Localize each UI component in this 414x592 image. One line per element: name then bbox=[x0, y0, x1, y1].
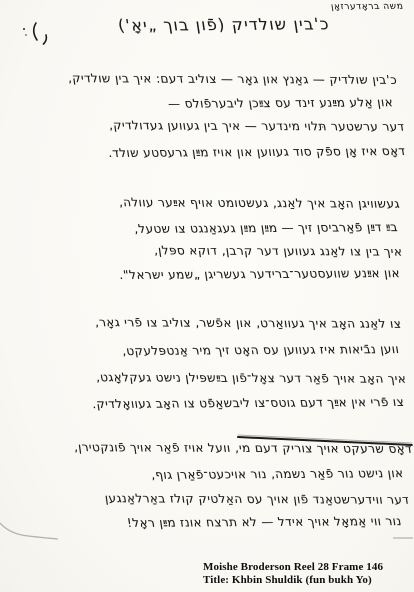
handwritten-line: צו פֿרי אין אײַך דעם גוטס־צו ליבשאַפֿט צ… bbox=[91, 395, 405, 412]
fold-line bbox=[0, 518, 60, 544]
handwritten-line: ווען נבֿיאות איז געווען עס האָט זיך מיר … bbox=[121, 342, 400, 359]
handwritten-line: דער ווידערשטאַנד פֿון אויך עס האַלטיק קו… bbox=[104, 491, 410, 508]
author-signature: משה בראָדערזאָן bbox=[331, 2, 405, 13]
ink-speck-marks bbox=[20, 20, 62, 52]
handwritten-line: און אײַנע שוועסטער־ברידער געשריגן „שמע י… bbox=[118, 266, 401, 283]
handwritten-line: כ'בין שולדיק — גאַנץ און גאָר — צוליב דע… bbox=[67, 71, 398, 88]
handwritten-line: געשוויגן האָב איך לאַנג, געשטומט אויף אײ… bbox=[118, 195, 401, 211]
archive-caption: Moishe Broderson Reel 28 Frame 146 Title… bbox=[203, 561, 383, 586]
poem-title: כ'בין שולדיק (פֿון בוך „יאָ') bbox=[117, 14, 331, 34]
handwritten-line: צו לאַנג האָב איך געוואַרט, און אפֿשר, צ… bbox=[94, 315, 402, 332]
archive-caption-line1: Moishe Broderson Reel 28 Frame 146 bbox=[203, 561, 383, 574]
handwritten-line: און נישט נור פֿאַר נשמה, נור אויכעט־פֿאַ… bbox=[150, 466, 405, 483]
handwritten-line: נור ווי אַמאָל אויך אידל — לא תרצח אונז … bbox=[126, 514, 403, 531]
manuscript-scan-page: משה בראָדערזאָן כ'בין שולדיק (פֿון בוך „… bbox=[0, 0, 414, 592]
scan-artifact-dash bbox=[392, 535, 414, 541]
handwritten-line: איך האָב אויך פֿאַר דער צאָל־פֿון בײַשפּ… bbox=[95, 370, 407, 387]
handwritten-line: דאָס איז אָן ספֿק סוד געווען און אויז מײ… bbox=[107, 144, 406, 161]
archive-caption-line2: Title: Khbin Shuldik (fun bukh Yo) bbox=[203, 574, 383, 587]
handwritten-line: איך בין צו לאַנג געווען דער קרבן, דוקא ס… bbox=[153, 243, 403, 259]
handwritten-line: און אַלע מײַנע זינד עס צײַכן ליבערפֿולס … bbox=[167, 95, 394, 112]
handwritten-line: בײַ דײַן פֿאַרביסן זיך — מײַן מײַן געגאַ… bbox=[133, 220, 399, 237]
handwritten-line: דער ערשטער תּלוי מינדער — איך בין געווען… bbox=[107, 118, 405, 135]
